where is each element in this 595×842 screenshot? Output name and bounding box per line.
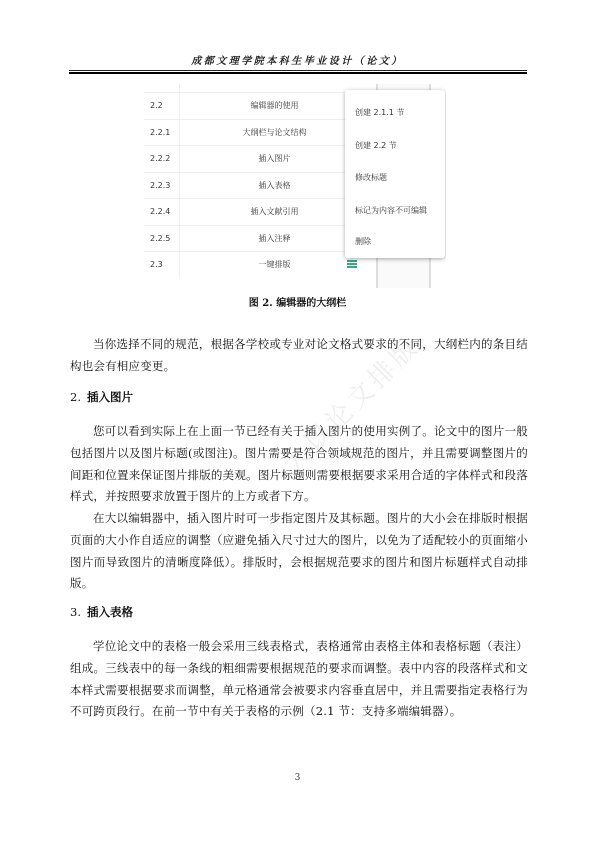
header-title: 成都文理学院本科生毕业设计（论文） — [0, 52, 595, 67]
outline-row-number: 2.2.5 — [144, 226, 180, 252]
outline-row-number: 2.3 — [144, 252, 180, 278]
outline-row-title: 插入图片 — [180, 146, 369, 172]
outline-row[interactable]: 2.2.5 插入注释 — [144, 225, 369, 252]
outline-row-number: 2.2.3 — [144, 173, 180, 199]
outline-row-number: 2.2.1 — [144, 120, 180, 146]
outline-row-number: 2.2.4 — [144, 199, 180, 225]
section-number: 3. — [70, 605, 81, 619]
outline-row-title: 大纲栏与论文结构 — [180, 120, 369, 146]
outline-row[interactable]: 2.2 编辑器的使用 — [144, 92, 369, 119]
paragraph-outline-note: 当你选择不同的规范，根据各学校或专业对论文格式要求的不同，大纲栏内的条目结构也会… — [70, 334, 528, 378]
header-rule-thin — [69, 70, 527, 71]
outline-row[interactable]: 2.2.3 插入表格 — [144, 172, 369, 199]
outline-row-title: 一键排版 — [180, 252, 369, 278]
header-rule-thick — [69, 72, 527, 74]
outline-row-number: 2.2 — [144, 93, 180, 119]
outline-row-number: 2.2.2 — [144, 146, 180, 172]
menu-item-create-2-1-1[interactable]: 创建 2.1.1 节 — [355, 107, 404, 118]
menu-item-delete[interactable]: 删除 — [355, 236, 371, 247]
paragraph-image-intro: 您可以看到实际上在上面一节已经有关于插入图片的使用实例了。论文中的图片一般包括图… — [70, 421, 528, 508]
paragraph-image-editor: 在大以编辑器中，插入图片时可一步指定图片及其标题。图片的大小会在排版时根据页面的… — [70, 508, 528, 595]
outline-row[interactable]: 2.2.4 插入文献引用 — [144, 198, 369, 225]
outline-row-title — [180, 84, 369, 92]
figure-caption: 图 2. 编辑器的大纲栏 — [0, 294, 595, 309]
menu-item-mark-readonly[interactable]: 标记为内容不可编辑 — [355, 205, 427, 216]
paragraph-table: 学位论文中的表格一般会采用三线表格式，表格通常由表格主体和表格标题（表注）组成。… — [70, 636, 528, 723]
outline-row[interactable]: 2.2.1 大纲栏与论文结构 — [144, 119, 369, 146]
outline-row[interactable]: 2.3 一键排版 — [144, 251, 369, 278]
outline-row[interactable] — [144, 84, 369, 92]
context-menu: 创建 2.1.1 节 创建 2.2 节 修改标题 标记为内容不可编辑 删除 — [345, 90, 445, 258]
menu-item-create-2-2[interactable]: 创建 2.2 节 — [355, 140, 397, 151]
outline-row-title: 插入注释 — [180, 226, 369, 252]
page-number: 3 — [0, 773, 595, 783]
section-title: 插入图片 — [87, 390, 133, 404]
figure-editor-outline: 2.2 编辑器的使用 2.2.1 大纲栏与论文结构 2.2.2 插入图片 2.2… — [144, 84, 446, 288]
section-heading-insert-image: 2.插入图片 — [70, 389, 133, 405]
outline-row-title: 插入文献引用 — [180, 199, 369, 225]
outline-row[interactable]: 2.2.2 插入图片 — [144, 145, 369, 172]
outline-row-title: 编辑器的使用 — [180, 93, 369, 119]
outline-row-title: 插入表格 — [180, 173, 369, 199]
list-icon[interactable] — [347, 260, 357, 268]
outline-table: 2.2 编辑器的使用 2.2.1 大纲栏与论文结构 2.2.2 插入图片 2.2… — [144, 84, 369, 278]
menu-item-edit-title[interactable]: 修改标题 — [355, 172, 387, 183]
section-number: 2. — [70, 390, 81, 404]
section-title: 插入表格 — [87, 605, 133, 619]
section-heading-insert-table: 3.插入表格 — [70, 604, 133, 620]
outline-row-number — [144, 84, 180, 92]
